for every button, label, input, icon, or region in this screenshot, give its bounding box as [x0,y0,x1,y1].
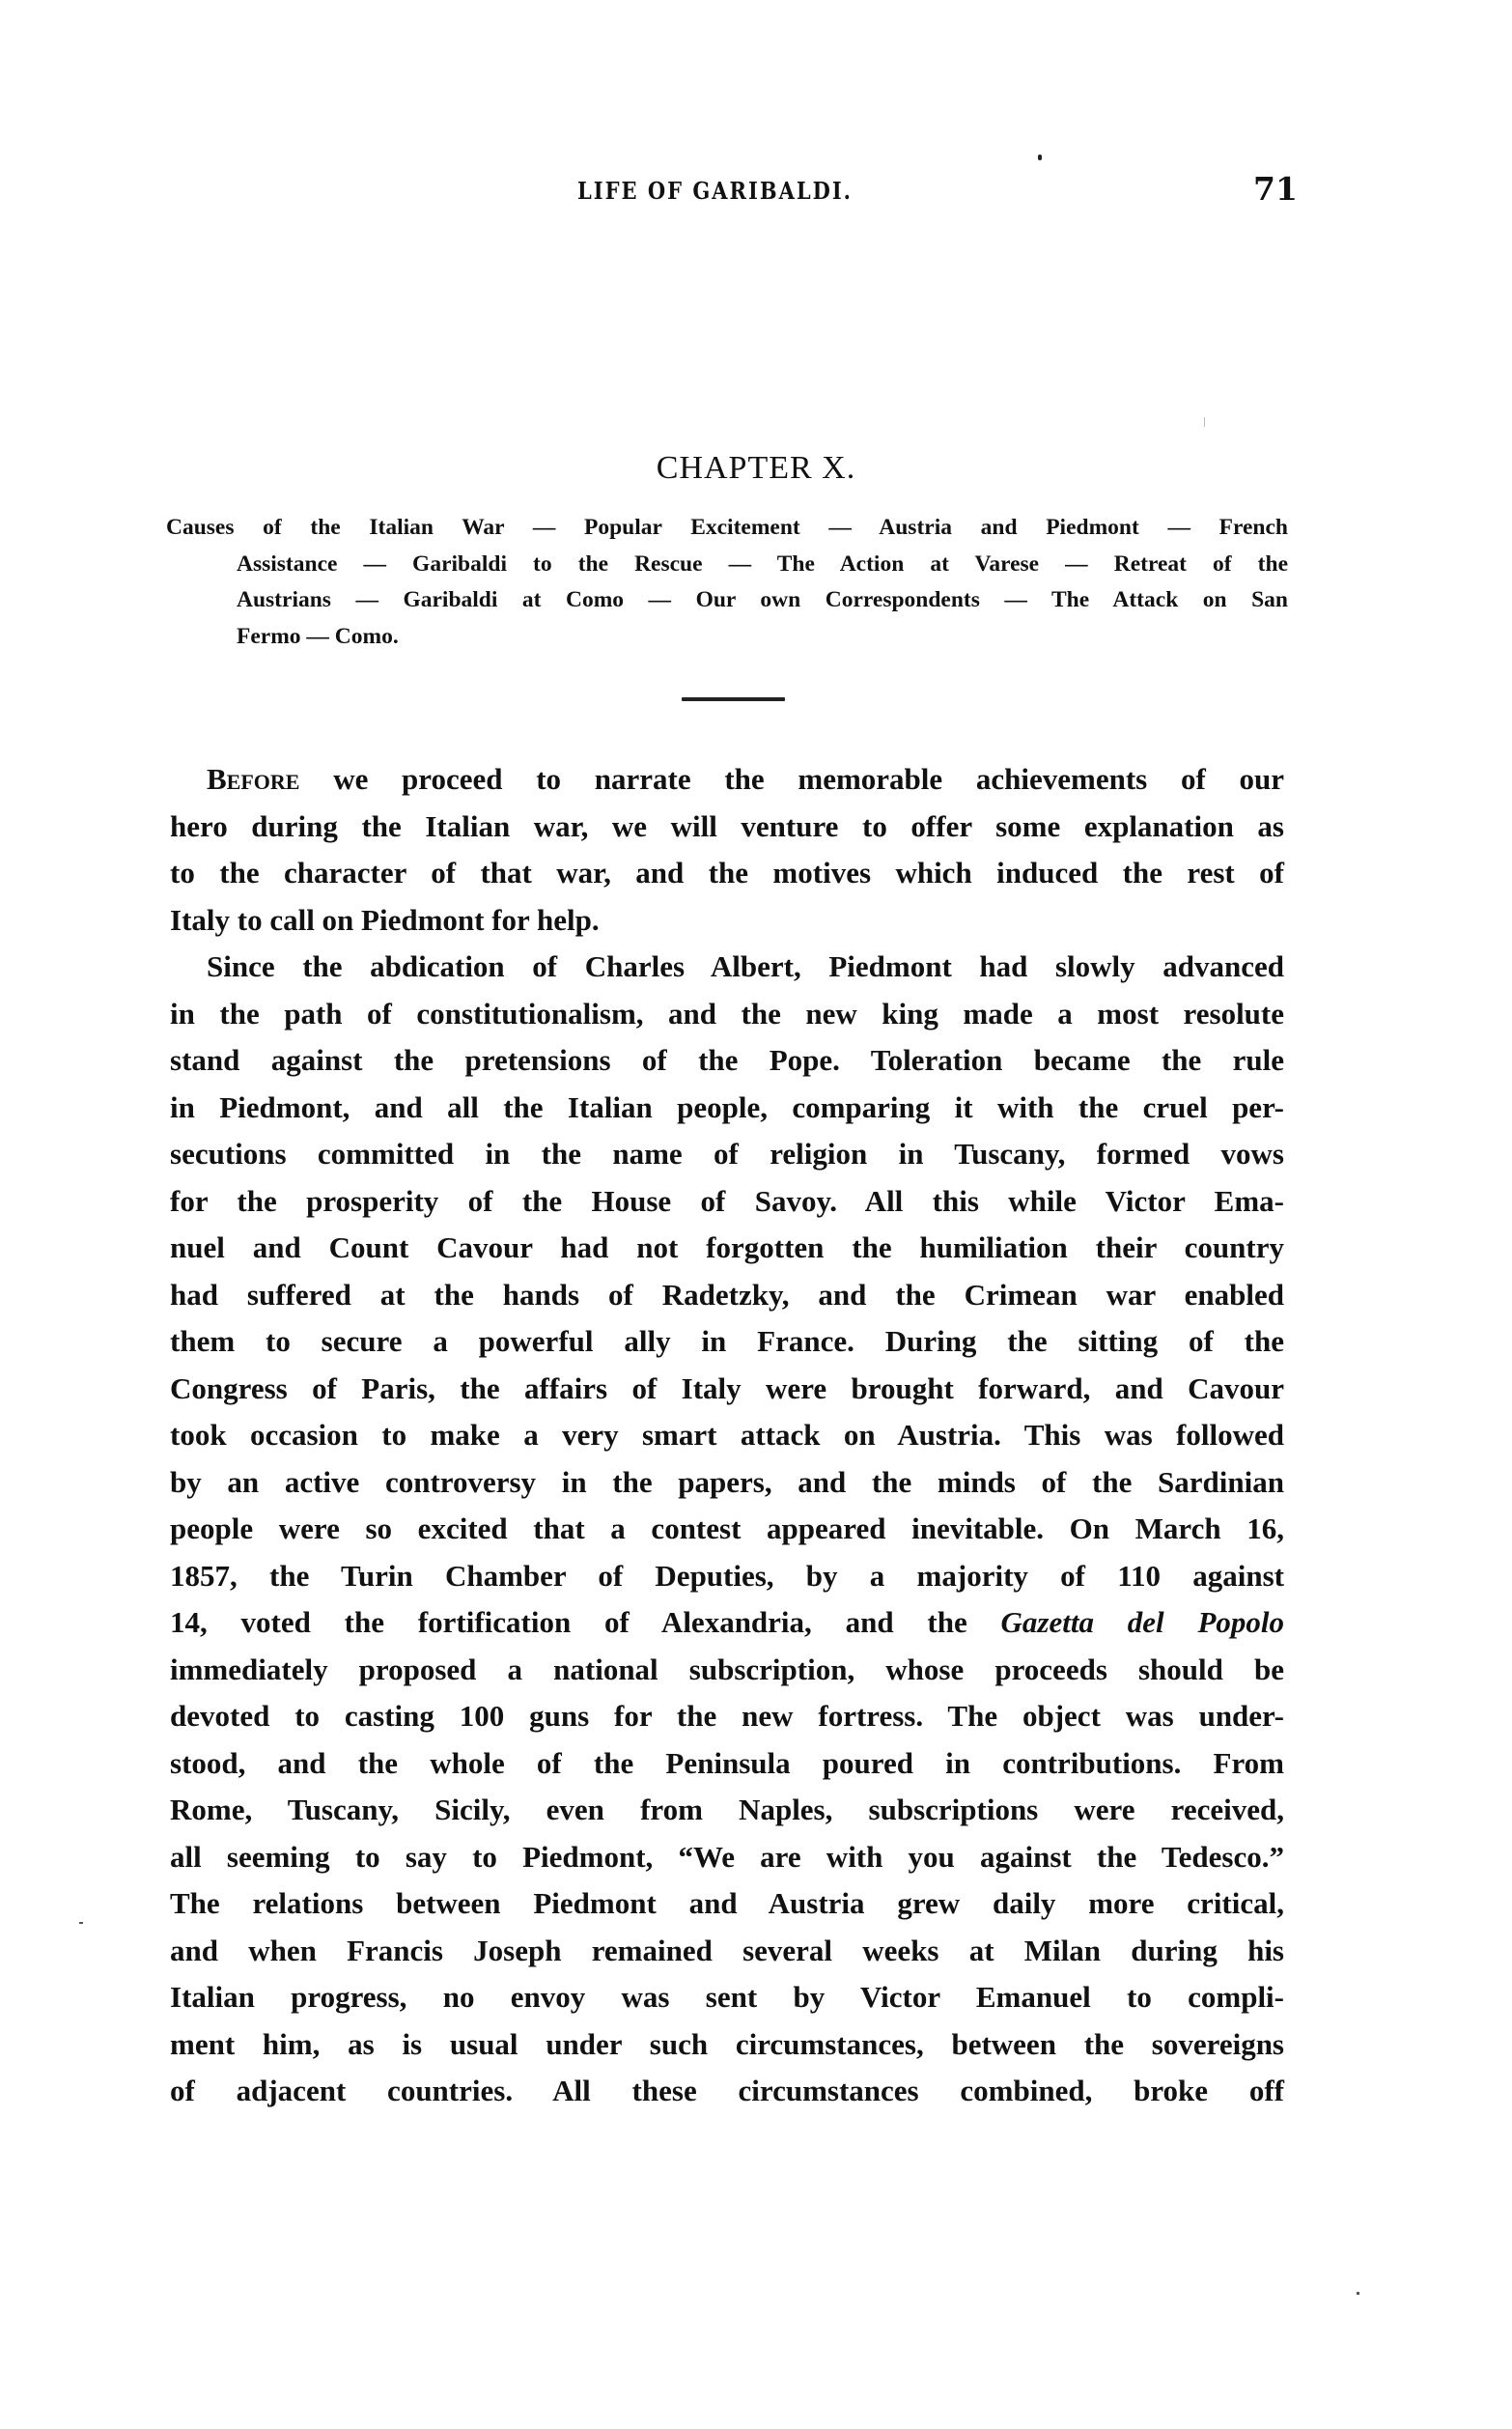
synopsis-line: Fermo — Como. [166,619,1288,656]
body-line: Congress of Paris, the affairs of Italy … [170,1366,1284,1413]
body-line: Since the abdication of Charles Albert, … [170,944,1284,991]
synopsis-line: Austrians — Garibaldi at Como — Our own … [166,582,1288,619]
body-line: stand against the pretensions of the Pop… [170,1037,1284,1085]
body-line: The relations between Piedmont and Austr… [170,1880,1284,1928]
chapter-title: CHAPTER X. [0,444,1512,493]
body-line: 1857, the Turin Chamber of Deputies, by … [170,1553,1284,1600]
body-line: immediately proposed a national subscrip… [170,1647,1284,1694]
body-line: 14, voted the fortification of Alexandri… [170,1599,1284,1647]
section-divider [682,697,785,701]
running-head: LIFE OF GARIBALDI. 71 [0,174,1512,212]
body-line: had suffered at the hands of Radetzky, a… [170,1272,1284,1319]
drop-word: Before [207,762,299,796]
body-line: Italy to call on Piedmont for help. [170,897,1284,945]
scan-speck [1204,417,1205,427]
body-line: and when Francis Joseph remained several… [170,1928,1284,1975]
body-line: of adjacent countries. All these circums… [170,2068,1284,2115]
body-line: to the character of that war, and the mo… [170,850,1284,897]
body-line: devoted to casting 100 guns for the new … [170,1693,1284,1740]
body-line: for the prosperity of the House of Savoy… [170,1178,1284,1226]
body-line: nuel and Count Cavour had not forgotten … [170,1225,1284,1272]
body-line: all seeming to say to Piedmont, “We are … [170,1834,1284,1881]
body-line: people were so excited that a contest ap… [170,1506,1284,1553]
body-line: in the path of constitutionalism, and th… [170,991,1284,1038]
scan-speck [1038,155,1042,160]
synopsis-line: Causes of the Italian War — Popular Exci… [166,510,1288,547]
body-line: Before we proceed to narrate the memorab… [170,756,1284,804]
synopsis-line: Assistance — Garibaldi to the Rescue — T… [166,547,1288,583]
scan-speck [79,1922,83,1924]
running-title: LIFE OF GARIBALDI. [577,171,853,211]
scan-speck [1357,2292,1359,2295]
body-line: hero during the Italian war, we will ven… [170,804,1284,851]
page-number: 71 [1253,170,1298,209]
body-line: by an active controversy in the papers, … [170,1459,1284,1507]
italic-title: Gazetta del Popolo [1001,1605,1284,1639]
body-line: Italian progress, no envoy was sent by V… [170,1974,1284,2021]
body-line: Rome, Tuscany, Sicily, even from Naples,… [170,1787,1284,1834]
body-line: them to secure a powerful ally in France… [170,1318,1284,1366]
body-line: ment him, as is usual under such circums… [170,2021,1284,2069]
chapter-synopsis: Causes of the Italian War — Popular Exci… [166,510,1288,655]
body-line: took occasion to make a very smart attac… [170,1412,1284,1459]
body-line: stood, and the whole of the Peninsula po… [170,1740,1284,1788]
body-line: secutions committed in the name of relig… [170,1131,1284,1178]
body-line: in Piedmont, and all the Italian people,… [170,1085,1284,1132]
body-text: Before we proceed to narrate the memorab… [170,756,1284,2115]
